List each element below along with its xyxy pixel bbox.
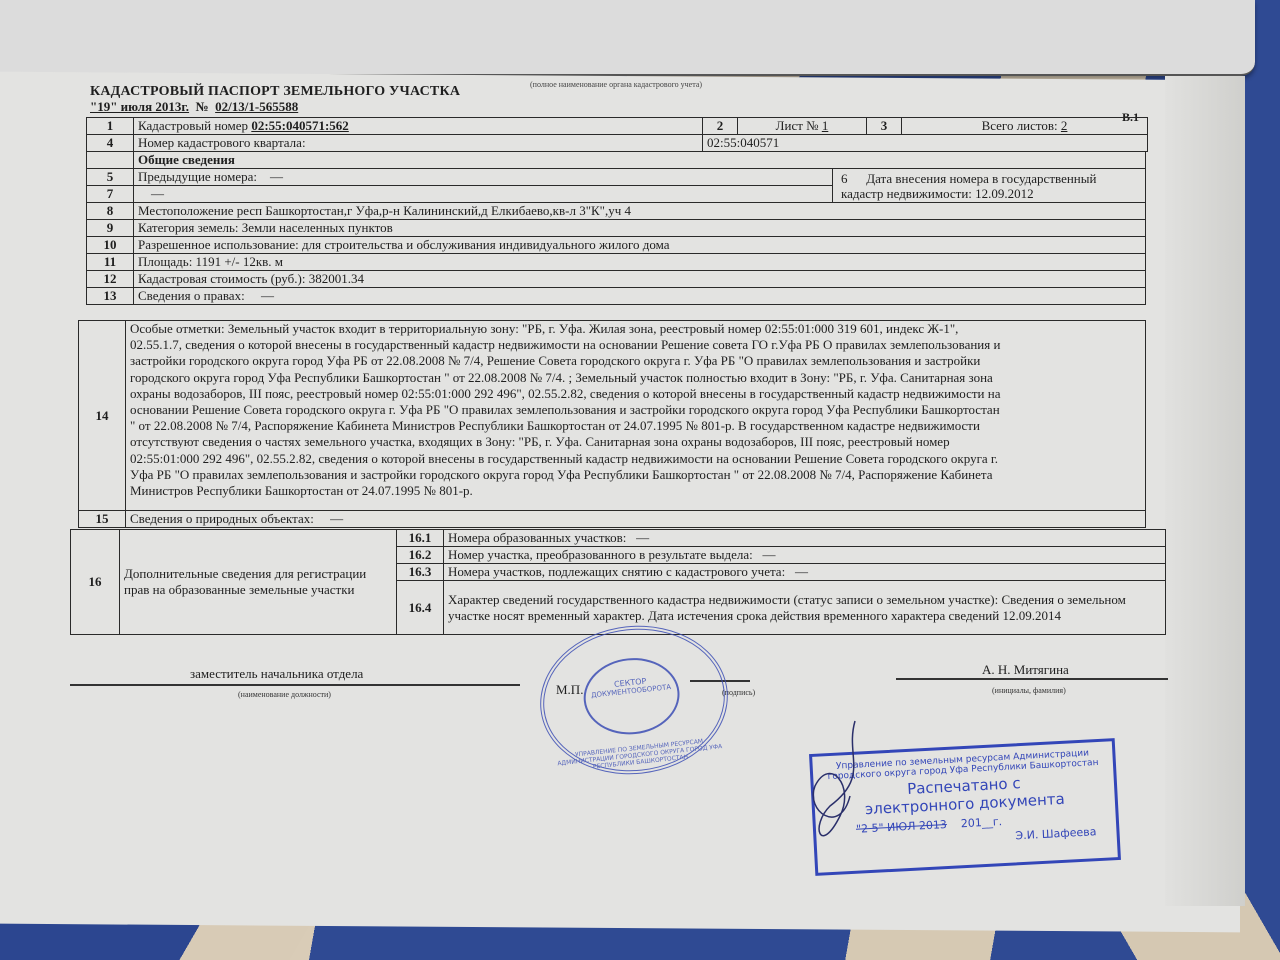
label: Сведения о природных объектах: bbox=[130, 511, 314, 526]
sub-16-3: Номера участков, подлежащих снятию с кад… bbox=[444, 564, 1166, 581]
sub-16-1: Номера образованных участков: — bbox=[444, 530, 1166, 547]
value: — bbox=[151, 186, 164, 201]
sub-number: 16.1 bbox=[397, 530, 444, 547]
row-1: 1 Кадастровый номер 02:55:040571:562 2 Л… bbox=[87, 118, 1148, 135]
location: Местоположение респ Башкортостан,г Уфа,р… bbox=[134, 203, 1146, 220]
special-notes-line: городского округа город Уфа Республики Б… bbox=[130, 370, 1141, 386]
row-number: 4 bbox=[87, 135, 134, 152]
row-4: 4 Номер кадастрового квартала: 02:55:040… bbox=[87, 135, 1148, 152]
overlapping-page-edge bbox=[0, 0, 1255, 76]
registration-date: Дата внесения номера в государственный к… bbox=[841, 171, 1096, 201]
general-table: Общие сведения 5 Предыдущие номера: — 6 … bbox=[86, 151, 1146, 305]
sheet-number-cell: Лист № 1 bbox=[738, 118, 867, 135]
special-notes-table: 14 Особые отметки: Земельный участок вхо… bbox=[78, 320, 1146, 528]
row-number: 9 bbox=[87, 220, 134, 237]
value: — bbox=[763, 547, 776, 562]
authority-caption: (полное наименование органа кадастрового… bbox=[530, 80, 702, 89]
signer-name: А. Н. Митягина bbox=[982, 662, 1069, 678]
area: Площадь: 1191 +/- 12кв. м bbox=[134, 254, 1146, 271]
sheet-label: Лист № bbox=[776, 118, 819, 133]
sub-16-2: Номер участка, преобразованного в резуль… bbox=[444, 547, 1166, 564]
position-caption: (наименование должности) bbox=[238, 690, 331, 699]
seal-center: СЕКТОР ДОКУМЕНТООБОРОТА bbox=[580, 653, 683, 739]
sub-number: 16.2 bbox=[397, 547, 444, 564]
special-notes-line: Особые отметки: Земельный участок входит… bbox=[130, 321, 1141, 337]
previous-numbers: Предыдущие номера: — bbox=[134, 169, 833, 186]
special-notes-line: застройки городского округа город Уфа РБ… bbox=[130, 353, 1141, 369]
land-category: Категория земель: Земли населенных пункт… bbox=[134, 220, 1146, 237]
sub-number: 16.3 bbox=[397, 564, 444, 581]
value: — bbox=[261, 288, 274, 303]
cadastral-number: 02:55:040571:562 bbox=[251, 118, 349, 133]
document-date: "19" июля 2013г. bbox=[90, 99, 189, 114]
box-3: 3 bbox=[867, 118, 902, 135]
special-notes-text: Особые отметки: Земельный участок входит… bbox=[130, 321, 1141, 499]
row-number: 10 bbox=[87, 237, 134, 254]
row-number: 13 bbox=[87, 288, 134, 305]
additional-info-label: Дополнительные сведения для регистрации … bbox=[120, 530, 397, 635]
rights-info: Сведения о правах: — bbox=[134, 288, 1146, 305]
row-number: 11 bbox=[87, 254, 134, 271]
cadastral-number-cell: Кадастровый номер 02:55:040571:562 bbox=[134, 118, 703, 135]
label: Сведения о правах: bbox=[138, 288, 245, 303]
row-number: 8 bbox=[87, 203, 134, 220]
special-notes-line: охраны водозаборов, III пояс, реестровый… bbox=[130, 386, 1141, 402]
cadastral-label: Кадастровый номер bbox=[138, 118, 248, 133]
stamp-year: 201__г. bbox=[961, 815, 1003, 830]
value: — bbox=[330, 511, 343, 526]
value: — bbox=[795, 564, 808, 579]
position-line bbox=[70, 684, 520, 686]
document-title: КАДАСТРОВЫЙ ПАСПОРТ ЗЕМЕЛЬНОГО УЧАСТКА bbox=[90, 84, 460, 100]
row-number: 12 bbox=[87, 271, 134, 288]
sub-number: 16.4 bbox=[397, 581, 444, 635]
name-caption: (инициалы, фамилия) bbox=[992, 686, 1066, 695]
document-date-number: "19" июля 2013г. № 02/13/1-565588 bbox=[90, 99, 298, 115]
text: Номер участка, преобразованного в резуль… bbox=[448, 547, 753, 562]
total-sheets-cell: Всего листов: 2 bbox=[902, 118, 1148, 135]
row-number: 6 bbox=[841, 171, 863, 186]
value: — bbox=[636, 530, 649, 545]
text: Номера участков, подлежащих снятию с кад… bbox=[448, 564, 785, 579]
additional-info-table: 16 Дополнительные сведения для регистрац… bbox=[70, 529, 1166, 635]
row-number: 1 bbox=[87, 118, 134, 135]
cadastral-value: Кадастровая стоимость (руб.): 382001.34 bbox=[134, 271, 1146, 288]
row-number: 5 bbox=[87, 169, 134, 186]
sub-16-4: Характер сведений государственного кадас… bbox=[444, 581, 1166, 635]
natural-objects: Сведения о природных объектах: — bbox=[126, 511, 1146, 528]
row-number: 14 bbox=[79, 321, 126, 511]
row-number-blank bbox=[87, 152, 134, 169]
special-notes: Особые отметки: Земельный участок входит… bbox=[126, 321, 1146, 511]
special-notes-line: отсутствуют сведения о частях земельного… bbox=[130, 434, 1141, 450]
box-2: 2 bbox=[703, 118, 738, 135]
sheet-number: 1 bbox=[822, 118, 829, 133]
name-line bbox=[896, 678, 1168, 680]
total-sheets: 2 bbox=[1061, 118, 1068, 133]
special-notes-line: " от 22.08.2008 № 7/4, Распоряжение Каби… bbox=[130, 418, 1141, 434]
document-number: 02/13/1-565588 bbox=[215, 99, 298, 114]
quarter-value: 02:55:040571 bbox=[703, 135, 1148, 152]
row-6-cell: 6 Дата внесения номера в государственный… bbox=[833, 169, 1146, 203]
row-number: 16 bbox=[71, 530, 120, 635]
row-7-cell: — bbox=[134, 186, 833, 203]
value: — bbox=[270, 169, 283, 184]
quarter-label: Номер кадастрового квартала: bbox=[134, 135, 703, 152]
number-label: № bbox=[196, 99, 209, 114]
page-shadow-edge bbox=[1165, 76, 1245, 906]
special-notes-line: Уфа РБ "О правилах землепользования и за… bbox=[130, 467, 1141, 483]
total-label: Всего листов: bbox=[982, 118, 1058, 133]
label: Предыдущие номера: bbox=[138, 169, 257, 184]
section-heading: Общие сведения bbox=[134, 152, 1146, 169]
text: Номера образованных участков: bbox=[448, 530, 626, 545]
signer-position: заместитель начальника отдела bbox=[190, 666, 363, 682]
row-number: 7 bbox=[87, 186, 134, 203]
special-notes-line: основании Решение Совета городского окру… bbox=[130, 402, 1141, 418]
header-table: 1 Кадастровый номер 02:55:040571:562 2 Л… bbox=[86, 117, 1148, 152]
special-notes-line: 02.55.1.7, сведения о которой внесены в … bbox=[130, 337, 1141, 353]
special-notes-line: 02:55:01:000 292 496", 02.55.2.82, сведе… bbox=[130, 451, 1141, 467]
special-notes-line: Министров Республики Башкортостан от 24.… bbox=[130, 483, 1141, 499]
handwritten-signature-icon bbox=[800, 716, 880, 866]
row-number: 15 bbox=[79, 511, 126, 528]
permitted-use: Разрешенное использование: для строитель… bbox=[134, 237, 1146, 254]
